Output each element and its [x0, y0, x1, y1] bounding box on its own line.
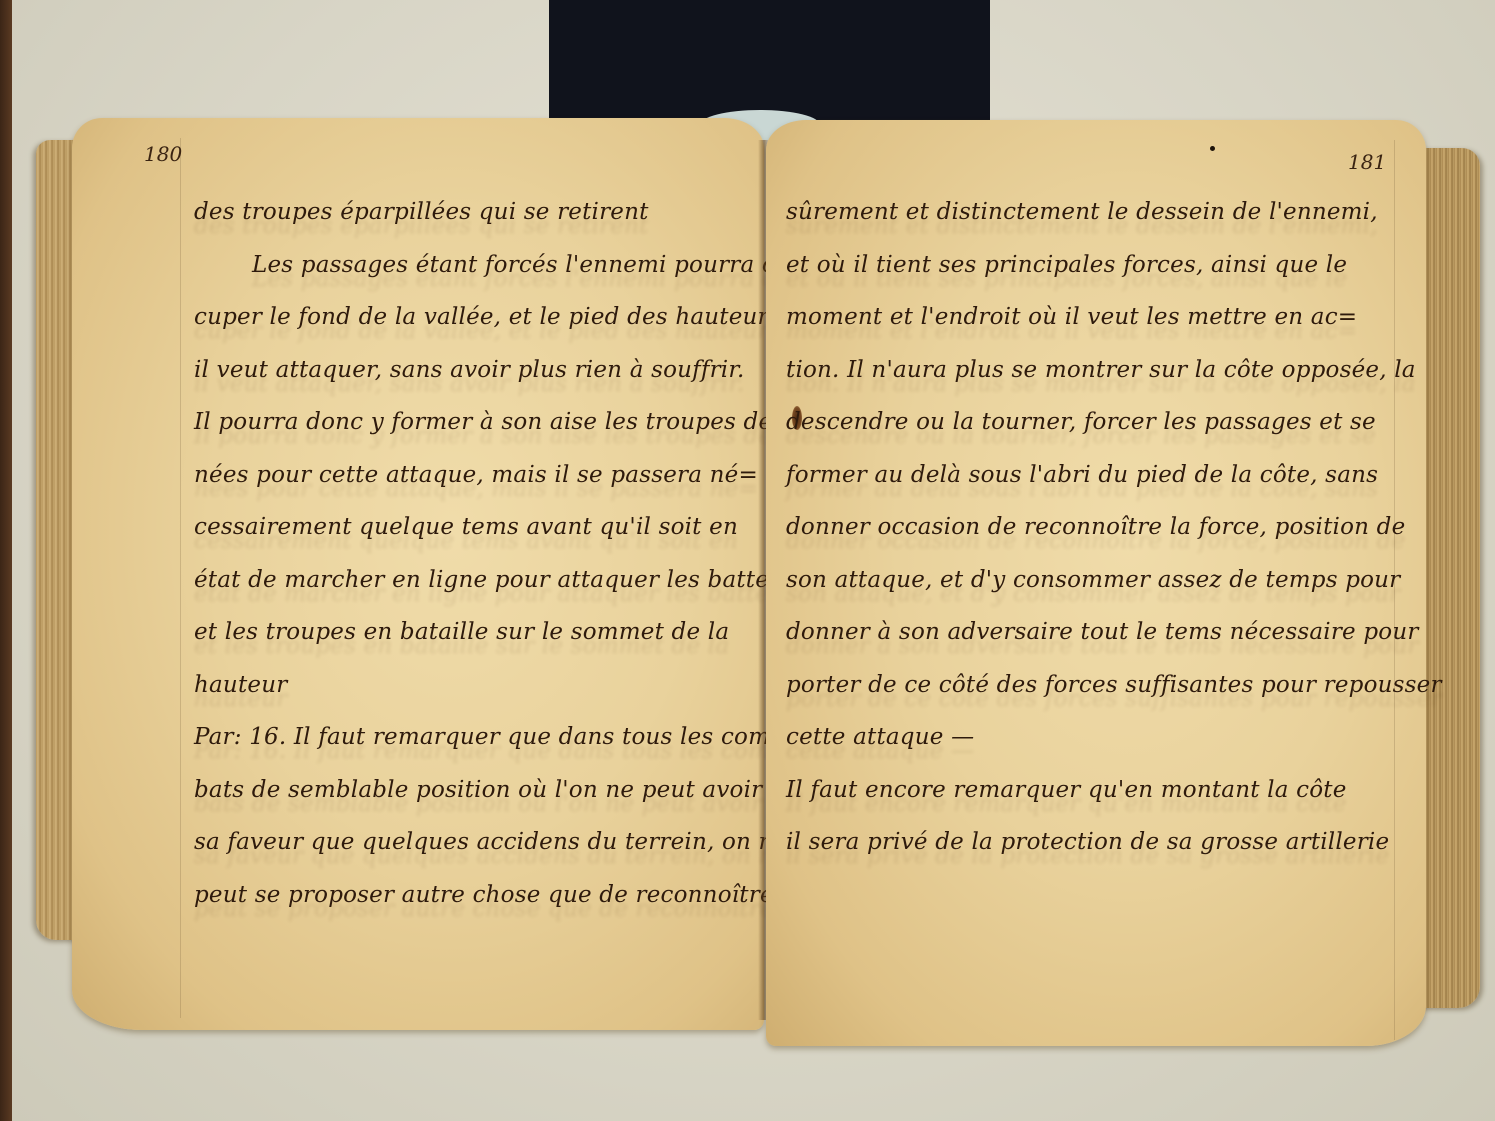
manuscript-line: cessairement quelque tems avant qu'il so…	[194, 501, 825, 554]
ink-dot	[1210, 146, 1215, 151]
manuscript-line: cuper le fond de la vallée, et le pied d…	[194, 291, 825, 344]
manuscript-line: hauteur	[194, 659, 825, 712]
manuscript-line: former au delà sous l'abri du pied de la…	[786, 449, 1442, 502]
manuscript-line: son attaque, et d'y consommer assez de t…	[786, 554, 1442, 607]
manuscript-line: moment et l'endroit où il veut les mettr…	[786, 291, 1442, 344]
right-page-text: sûrement et distinctement le dessein de …	[786, 186, 1442, 869]
manuscript-line: et les troupes en bataille sur le sommet…	[194, 606, 825, 659]
manuscript-line: sûrement et distinctement le dessein de …	[786, 186, 1442, 239]
manuscript-line: et où il tient ses principales forces, a…	[786, 239, 1442, 292]
manuscript-line: donner à son adversaire tout le tems néc…	[786, 606, 1442, 659]
manuscript-line: peut se proposer autre chose que de reco…	[194, 869, 825, 922]
manuscript-line: donner occasion de reconnoître la force,…	[786, 501, 1442, 554]
manuscript-line: cette attaque —	[786, 711, 1442, 764]
manuscript-line: nées pour cette attaque, mais il se pass…	[194, 449, 825, 502]
manuscript-line: porter de ce côté des forces suffisantes…	[786, 659, 1442, 712]
manuscript-line: il sera privé de la protection de sa gro…	[786, 816, 1442, 869]
manuscript-line: Il pourra donc y former à son aise les t…	[194, 396, 825, 449]
manuscript-line: Les passages étant forcés l'ennemi pourr…	[194, 239, 825, 292]
manuscript-line: descendre ou la tourner, forcer les pass…	[786, 396, 1442, 449]
left-page: 180 des troupes éparpillées qui se retir…	[72, 118, 764, 1030]
manuscript-line: tion. Il n'aura plus se montrer sur la c…	[786, 344, 1442, 397]
manuscript-line: Il faut encore remarquer qu'en montant l…	[786, 764, 1442, 817]
table-edge	[0, 0, 12, 1121]
left-page-text: des troupes éparpillées qui se retirent …	[194, 186, 825, 921]
right-page: 181 sûrement et distinctement le dessein…	[766, 120, 1426, 1046]
page-number-left: 180	[144, 142, 182, 166]
margin-rule	[180, 138, 181, 1018]
manuscript-line: il veut attaquer, sans avoir plus rien à…	[194, 344, 825, 397]
black-backing-card	[549, 0, 990, 126]
page-number-right: 181	[1348, 150, 1386, 174]
manuscript-line: état de marcher en ligne pour attaquer l…	[194, 554, 825, 607]
manuscript-line: bats de semblable position où l'on ne pe…	[194, 764, 825, 817]
manuscript-line: des troupes éparpillées qui se retirent	[194, 186, 825, 239]
paragraph-16-line: Par: 16. Il faut remarquer que dans tous…	[194, 711, 825, 764]
manuscript-line: sa faveur que quelques accidens du terre…	[194, 816, 825, 869]
